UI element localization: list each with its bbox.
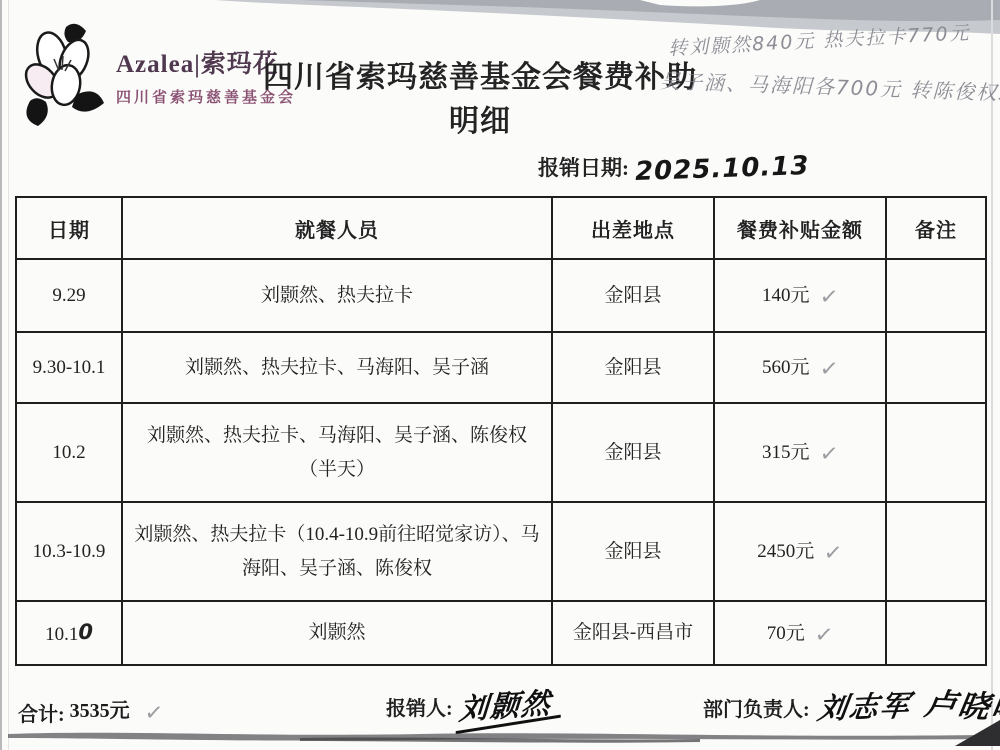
checkmark-icon: ✓ [817, 278, 839, 318]
page-edge-left-faint [8, 0, 9, 750]
cell-note [886, 332, 986, 403]
amount-value: 560元 [762, 357, 810, 378]
cell-amount: 315元✓ [714, 403, 886, 502]
date-handwritten-value: 2025.10.13 [635, 153, 810, 185]
page-edge-right [991, 0, 993, 750]
date-label: 报销日期: [538, 152, 629, 182]
claimant-group: 报销人: 刘颢然 [386, 692, 552, 721]
header-note: 备注 [886, 197, 986, 259]
header-amount: 餐费补贴金额 [714, 197, 886, 259]
handwritten-note-line2: 吴子涵、马海阳各700元 转陈俊权525元 [660, 65, 1000, 108]
document-title: 四川省索玛慈善基金会餐费补助明细 [250, 52, 710, 140]
cell-people: 刘颢然、热夫拉卡、马海阳、吴子涵、陈俊权（半天） [122, 403, 552, 502]
meal-subsidy-table: 日期 就餐人员 出差地点 餐费补贴金额 备注 9.29 刘颢然、热夫拉卡 金阳县… [15, 196, 987, 666]
cell-people: 刘颢然 [122, 601, 552, 665]
claimant-label: 报销人: [386, 698, 453, 720]
cell-note [886, 502, 986, 601]
amount-value: 140元 [762, 285, 810, 306]
header-people: 就餐人员 [122, 197, 552, 259]
table-row: 9.29 刘颢然、热夫拉卡 金阳县 140元✓ [16, 259, 986, 332]
cell-location: 金阳县 [552, 502, 714, 601]
cell-note [886, 403, 986, 502]
cell-note [886, 601, 986, 665]
cell-people: 刘颢然、热夫拉卡 [122, 259, 552, 332]
cell-location: 金阳县 [552, 403, 714, 502]
cell-amount: 560元✓ [714, 332, 886, 403]
cell-location: 金阳县-西昌市 [552, 601, 714, 665]
cell-location: 金阳县 [552, 332, 714, 403]
scanned-reimbursement-form: Azalea|索玛花 四川省索玛慈善基金会 四川省索玛慈善基金会餐费补助明细 转… [0, 0, 1000, 750]
azalea-flower-icon [14, 23, 114, 128]
date-handwritten-digit: 0 [78, 614, 93, 651]
checkmark-icon: ✓ [822, 534, 844, 574]
checkmark-icon: ✓ [817, 435, 839, 475]
cell-location: 金阳县 [552, 259, 714, 332]
table-row: 10.10 刘颢然 金阳县-西昌市 70元✓ [16, 601, 986, 665]
cell-note [886, 259, 986, 332]
cell-people: 刘颢然、热夫拉卡、马海阳、吴子涵 [122, 332, 552, 403]
page-edge-left [0, 0, 2, 750]
checkmark-icon: ✓ [817, 350, 839, 390]
cell-date: 9.29 [16, 259, 122, 332]
cell-date: 10.2 [16, 403, 122, 502]
table-header-row: 日期 就餐人员 出差地点 餐费补贴金额 备注 [16, 197, 986, 259]
cell-date: 9.30-10.1 [16, 332, 122, 403]
cell-people: 刘颢然、热夫拉卡（10.4-10.9前往昭觉家访）、马海阳、吴子涵、陈俊权 [122, 502, 552, 601]
cell-date: 10.10 [16, 601, 122, 665]
header-location: 出差地点 [552, 197, 714, 259]
date-printed-part: 10.1 [45, 624, 78, 645]
checkmark-icon: ✓ [813, 616, 835, 656]
reimbursement-date: 报销日期: 2025.10.13 [538, 146, 809, 182]
header-date: 日期 [16, 197, 122, 259]
cell-amount: 140元✓ [714, 259, 886, 332]
amount-value: 315元 [762, 442, 810, 463]
scan-smudge-bottom [0, 718, 1000, 750]
amount-value: 2450元 [757, 541, 814, 562]
table-row: 10.2 刘颢然、热夫拉卡、马海阳、吴子涵、陈俊权（半天） 金阳县 315元✓ [16, 403, 986, 502]
table-row: 10.3-10.9 刘颢然、热夫拉卡（10.4-10.9前往昭觉家访）、马海阳、… [16, 502, 986, 601]
table-row: 9.30-10.1 刘颢然、热夫拉卡、马海阳、吴子涵 金阳县 560元✓ [16, 332, 986, 403]
cell-amount: 2450元✓ [714, 502, 886, 601]
cell-date: 10.3-10.9 [16, 502, 122, 601]
amount-value: 70元 [767, 623, 805, 644]
cell-amount: 70元✓ [714, 601, 886, 665]
